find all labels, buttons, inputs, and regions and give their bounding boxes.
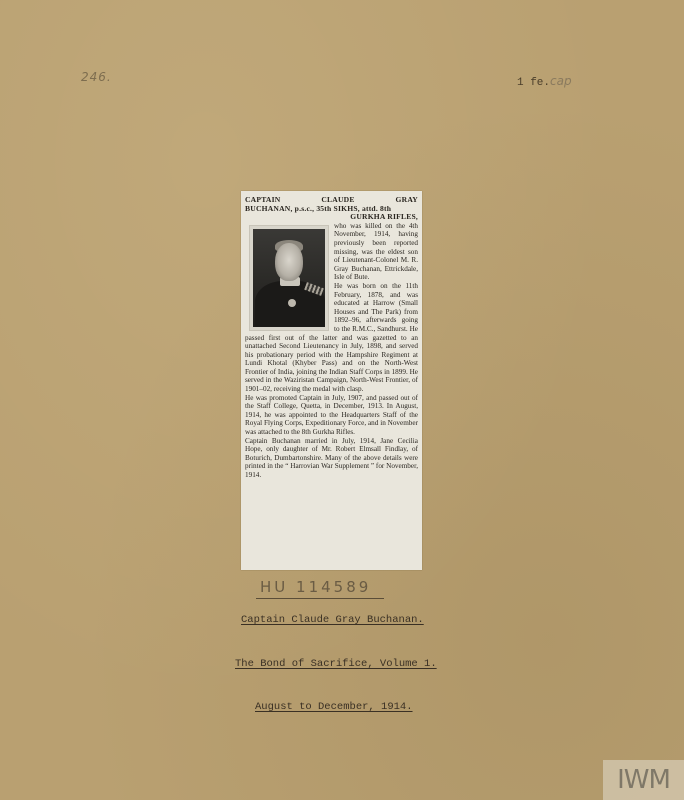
corner-note-handwritten: cap (550, 74, 572, 88)
corner-note-typed: 1 fe. (517, 77, 550, 89)
portrait-image (253, 229, 325, 327)
pencil-page-number: 246. (81, 70, 112, 84)
reference-underline (256, 598, 384, 599)
corner-note: 1 fe.cap (517, 74, 572, 89)
caption-dates: August to December, 1914. (255, 701, 413, 713)
title-line-3: GURKHA RIFLES, (245, 213, 418, 222)
archive-mount-board: 246. 1 fe.cap CAPTAIN CLAUDE GRAY BUCHAN… (0, 0, 684, 800)
title-word: GRAY (396, 196, 418, 205)
medal-icon (288, 299, 296, 307)
caption-source: The Bond of Sacrifice, Volume 1. (235, 658, 437, 670)
iwm-watermark-logo: IWM (603, 760, 684, 800)
newspaper-clipping: CAPTAIN CLAUDE GRAY BUCHANAN, p.s.c., 35… (241, 191, 422, 570)
caption-name: Captain Claude Gray Buchanan. (241, 614, 424, 626)
handwritten-reference: HU 114589 (260, 578, 371, 596)
clipping-paragraph: Captain Buchanan married in July, 1914, … (245, 437, 418, 480)
portrait-photo (249, 225, 329, 331)
clipping-paragraph: He was promoted Captain in July, 1907, a… (245, 394, 418, 437)
clipping-title: CAPTAIN CLAUDE GRAY BUCHANAN, p.s.c., 35… (245, 196, 418, 222)
